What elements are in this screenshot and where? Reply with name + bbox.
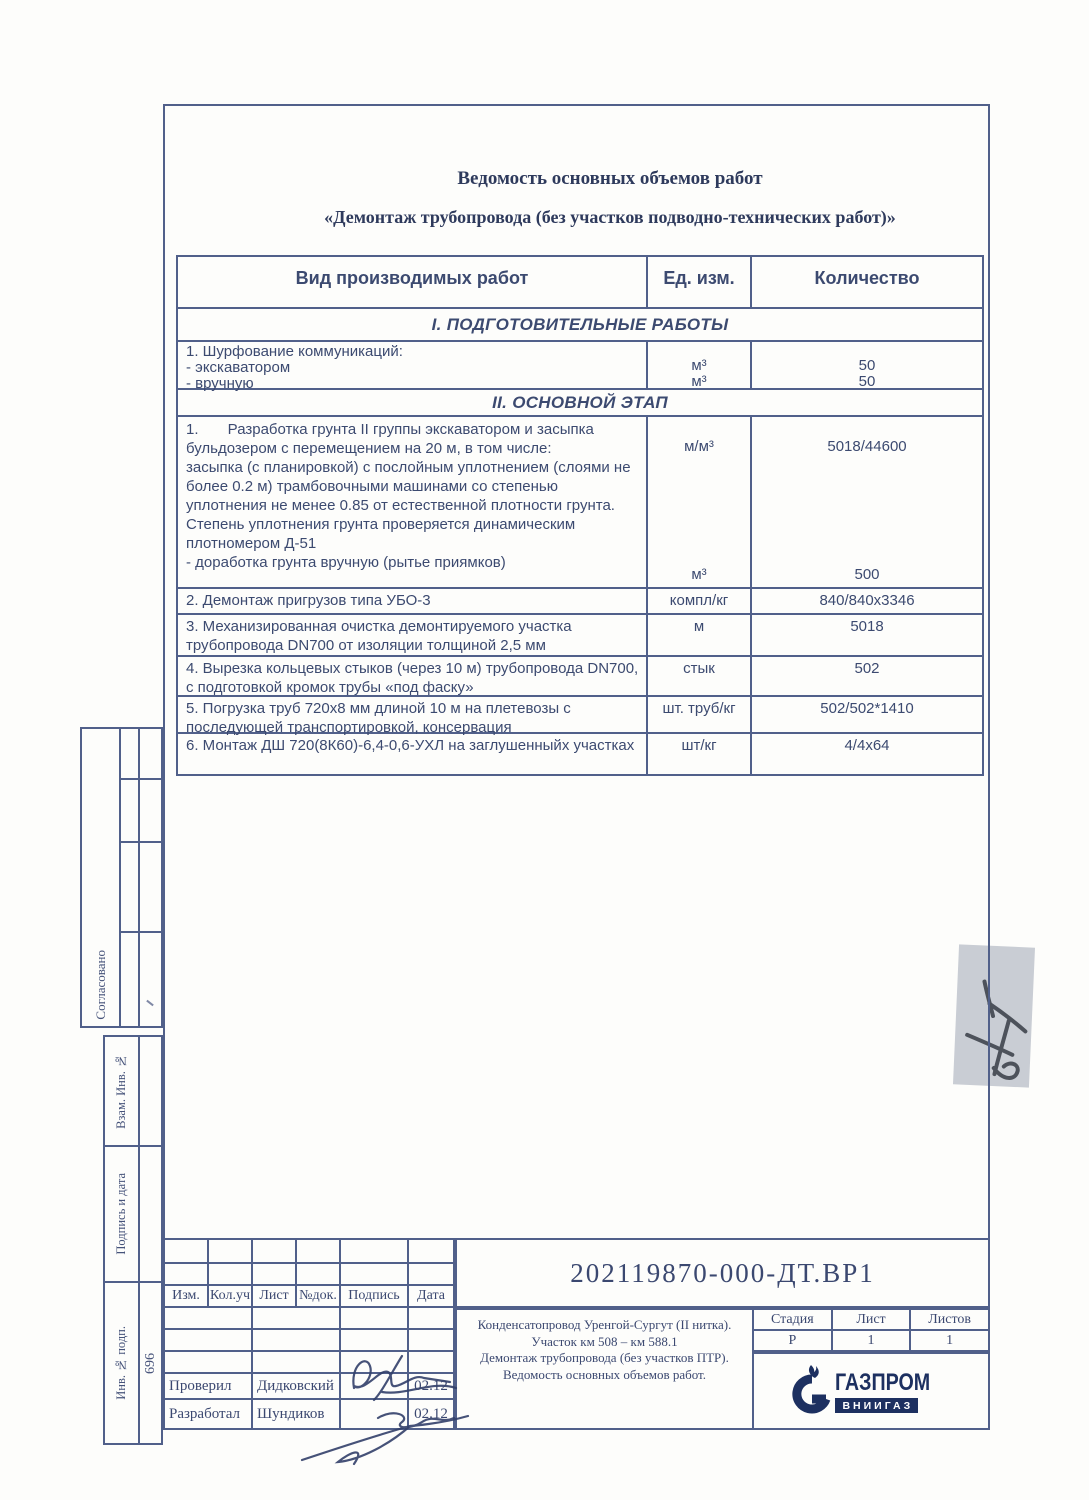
stamp-handwritten-47 [953, 944, 1035, 1087]
unit-value: м [646, 615, 750, 655]
qty-value: 50 [752, 358, 982, 374]
vzam-value-cell [140, 1037, 161, 1145]
work-description: 6. Монтаж ДШ 720(8К60)-6,4-0,6-УХЛ на за… [178, 734, 646, 774]
person-name: Дидковский [253, 1374, 341, 1398]
unit-value: шт. труб/кг [646, 697, 750, 732]
gazprom-flame-icon [790, 1364, 832, 1418]
col-izm: Изм. [165, 1286, 209, 1306]
section-heading-main: II. ОСНОВНОЙ ЭТАП [178, 390, 982, 417]
column-header-work: Вид производимых работ [178, 257, 646, 307]
approval-strip: Согласовано [80, 727, 163, 1028]
sheets-header: Листов [911, 1310, 988, 1329]
grid-cell [253, 1240, 297, 1262]
sheet-header: Лист [833, 1310, 912, 1329]
signature-date-section: Подпись и дата [105, 1147, 161, 1283]
qty-value: 500 [752, 565, 982, 584]
unit-value: шт/кг [646, 734, 750, 774]
logo-sub-text: ВНИИГАЗ [835, 1398, 918, 1413]
grid-cell [165, 1330, 253, 1350]
table-row-earthworks: 1. Разработка грунта II группы экскавато… [178, 417, 982, 589]
unit-cell: м/м³ м³ [646, 417, 750, 587]
qty-cell: 5018/44600 500 [750, 417, 982, 587]
project-description: Конденсатопровод Уренгой-Сургут (II нитк… [455, 1308, 754, 1430]
unit-value: м³ [648, 565, 750, 584]
page-title: Ведомость основных объемов работ [200, 168, 1020, 190]
col-list: Лист [253, 1286, 297, 1306]
logo-texts: ГАЗПРОМ ВНИИГАЗ [835, 1369, 951, 1413]
work-description: 1. Разработка грунта II группы экскавато… [178, 417, 646, 587]
grid-cell [165, 1352, 253, 1372]
table-row: 3. Механизированная очистка демонтируемо… [178, 615, 982, 657]
grid-cell [165, 1308, 253, 1328]
grid-cell [209, 1240, 253, 1262]
approved-cell: Согласовано [82, 729, 121, 1026]
project-line: Демонтаж трубопровода (без участков ПТР)… [457, 1350, 752, 1367]
unit-value: м/м³ [648, 437, 750, 456]
revision-empty-row [165, 1264, 453, 1286]
inventory-number: 696 [143, 1353, 159, 1374]
col-dok: №док. [297, 1286, 341, 1306]
vzam-section: Взам. Инв. № [105, 1037, 161, 1147]
grid-cell [297, 1264, 341, 1284]
document-number: 202119870-000-ДТ.ВР1 [455, 1238, 990, 1308]
sheets-value: 1 [911, 1331, 988, 1350]
col-data: Дата [409, 1286, 453, 1306]
grid-cell [253, 1352, 341, 1372]
work-description: 4. Вырезка кольцевых стыков (через 10 м)… [178, 657, 646, 695]
sheet-value: 1 [833, 1331, 912, 1350]
page-subtitle: «Демонтаж трубопровода (без участков под… [200, 207, 1020, 228]
grid-cell [253, 1330, 341, 1350]
signature-shundikov [290, 1396, 490, 1468]
approval-grid-row [121, 729, 161, 780]
signature-date-label-cell: Подпись и дата [105, 1147, 140, 1281]
section-heading-preparatory: I. ПОДГОТОВИТЕЛЬНЫЕ РАБОТЫ [178, 309, 982, 342]
grid-cell [121, 933, 140, 1026]
grid-cell [409, 1240, 453, 1262]
table-row: 6. Монтаж ДШ 720(8К60)-6,4-0,6-УХЛ на за… [178, 734, 982, 774]
vzam-label-cell: Взам. Инв. № [105, 1037, 140, 1145]
stage-value-row: Р 1 1 [754, 1331, 988, 1350]
table-row: 4. Вырезка кольцевых стыков (через 10 м)… [178, 657, 982, 697]
inventory-number-cell: 696 [140, 1283, 161, 1443]
work-description: 2. Демонтаж пригрузов типа УБО-3 [178, 589, 646, 613]
prep-work-cell: 1. Шурфование коммуникаций: - экскаватор… [178, 342, 646, 388]
qty-value: 840/840х3346 [750, 589, 982, 613]
grid-cell [140, 933, 161, 1026]
role-label: Проверил [165, 1374, 253, 1398]
column-header-qty: Количество [750, 257, 982, 307]
qty-value: 4/4х64 [750, 734, 982, 774]
unit-value: компл/кг [646, 589, 750, 613]
inventory-label-cell: Инв. № подп. [105, 1283, 140, 1443]
grid-cell [409, 1308, 453, 1328]
grid-cell [121, 780, 140, 841]
stage-header: Стадия [754, 1310, 833, 1329]
col-podpis: Подпись [341, 1286, 409, 1306]
gazprom-logo: ГАЗПРОМ ВНИИГАЗ [790, 1364, 951, 1418]
signature-date-label: Подпись и дата [114, 1173, 129, 1255]
scanned-document-page: Ведомость основных объемов работ «Демонт… [0, 0, 1089, 1500]
table-row: 2. Демонтаж пригрузов типа УБО-3 компл/к… [178, 589, 982, 615]
grid-cell [140, 780, 161, 841]
grid-cell [165, 1264, 209, 1284]
logo-brand-text: ГАЗПРОМ [835, 1369, 930, 1397]
grid-cell [209, 1264, 253, 1284]
project-line: Участок км 508 – км 588.1 [457, 1334, 752, 1351]
grid-cell [341, 1330, 409, 1350]
logo-cell: ГАЗПРОМ ВНИИГАЗ [752, 1352, 990, 1430]
grid-cell [121, 729, 140, 778]
prep-qty-cell: 50 50 [750, 342, 982, 388]
unit-value: стык [646, 657, 750, 695]
grid-cell [165, 1240, 209, 1262]
inventory-strip: Взам. Инв. № Подпись и дата Инв. № подп.… [103, 1035, 163, 1445]
qty-value: 502 [750, 657, 982, 695]
prep-item-label: - экскаватором [186, 360, 640, 376]
project-line: Конденсатопровод Уренгой-Сургут (II нитк… [457, 1317, 752, 1334]
table-header-row: Вид производимых работ Ед. изм. Количест… [178, 257, 982, 309]
prep-title: 1. Шурфование коммуникаций: [186, 344, 640, 360]
revision-header-row: Изм. Кол.уч Лист №док. Подпись Дата [165, 1286, 453, 1308]
stage-value: Р [754, 1331, 833, 1350]
document-header: Ведомость основных объемов работ «Демонт… [200, 168, 1020, 228]
project-line: Ведомость основных объемов работ. [457, 1367, 752, 1384]
approval-grid-row [121, 780, 161, 843]
grid-cell [341, 1240, 409, 1262]
grid-cell [341, 1308, 409, 1328]
prep-unit-cell: м³ м³ [646, 342, 750, 388]
sign-empty-row [165, 1308, 453, 1330]
qty-value: 50 [752, 374, 982, 390]
stage-header-row: Стадия Лист Листов [754, 1310, 988, 1331]
column-header-unit: Ед. изм. [646, 257, 750, 307]
signature-date-value-cell [140, 1147, 161, 1281]
work-volumes-table: Вид производимых работ Ед. изм. Количест… [176, 255, 984, 776]
table-row: 5. Погрузка труб 720х8 мм длиной 10 м на… [178, 697, 982, 734]
inventory-label: Инв. № подп. [114, 1326, 129, 1400]
work-description: 5. Погрузка труб 720х8 мм длиной 10 м на… [178, 697, 646, 732]
qty-value: 5018/44600 [752, 437, 982, 456]
grid-cell [253, 1308, 341, 1328]
approved-label: Согласовано [93, 950, 109, 1020]
unit-value: м³ [648, 374, 750, 390]
approval-grid-row [121, 843, 161, 933]
grid-cell [297, 1240, 341, 1262]
inventory-number-section: Инв. № подп. 696 [105, 1283, 161, 1443]
qty-value: 502/502*1410 [750, 697, 982, 732]
grid-cell [341, 1264, 409, 1284]
grid-cell [140, 729, 161, 778]
unit-value: м³ [648, 358, 750, 374]
revision-empty-row [165, 1240, 453, 1264]
approval-grid-row [121, 933, 161, 1026]
role-label: Разработал [165, 1400, 253, 1428]
grid-cell [409, 1264, 453, 1284]
table-row-prep: 1. Шурфование коммуникаций: - экскаватор… [178, 342, 982, 390]
work-description: 3. Механизированная очистка демонтируемо… [178, 615, 646, 655]
grid-cell [140, 843, 161, 931]
grid-cell [253, 1264, 297, 1284]
grid-cell [121, 843, 140, 931]
approval-grid [121, 729, 161, 1026]
col-koluch: Кол.уч [209, 1286, 253, 1306]
vzam-label: Взам. Инв. № [114, 1054, 129, 1129]
grid-cell [409, 1330, 453, 1350]
prep-item-label: - вручную [186, 376, 640, 392]
grey-stamp [953, 944, 1035, 1087]
stage-grid: Стадия Лист Листов Р 1 1 [752, 1308, 990, 1352]
qty-value: 5018 [750, 615, 982, 655]
